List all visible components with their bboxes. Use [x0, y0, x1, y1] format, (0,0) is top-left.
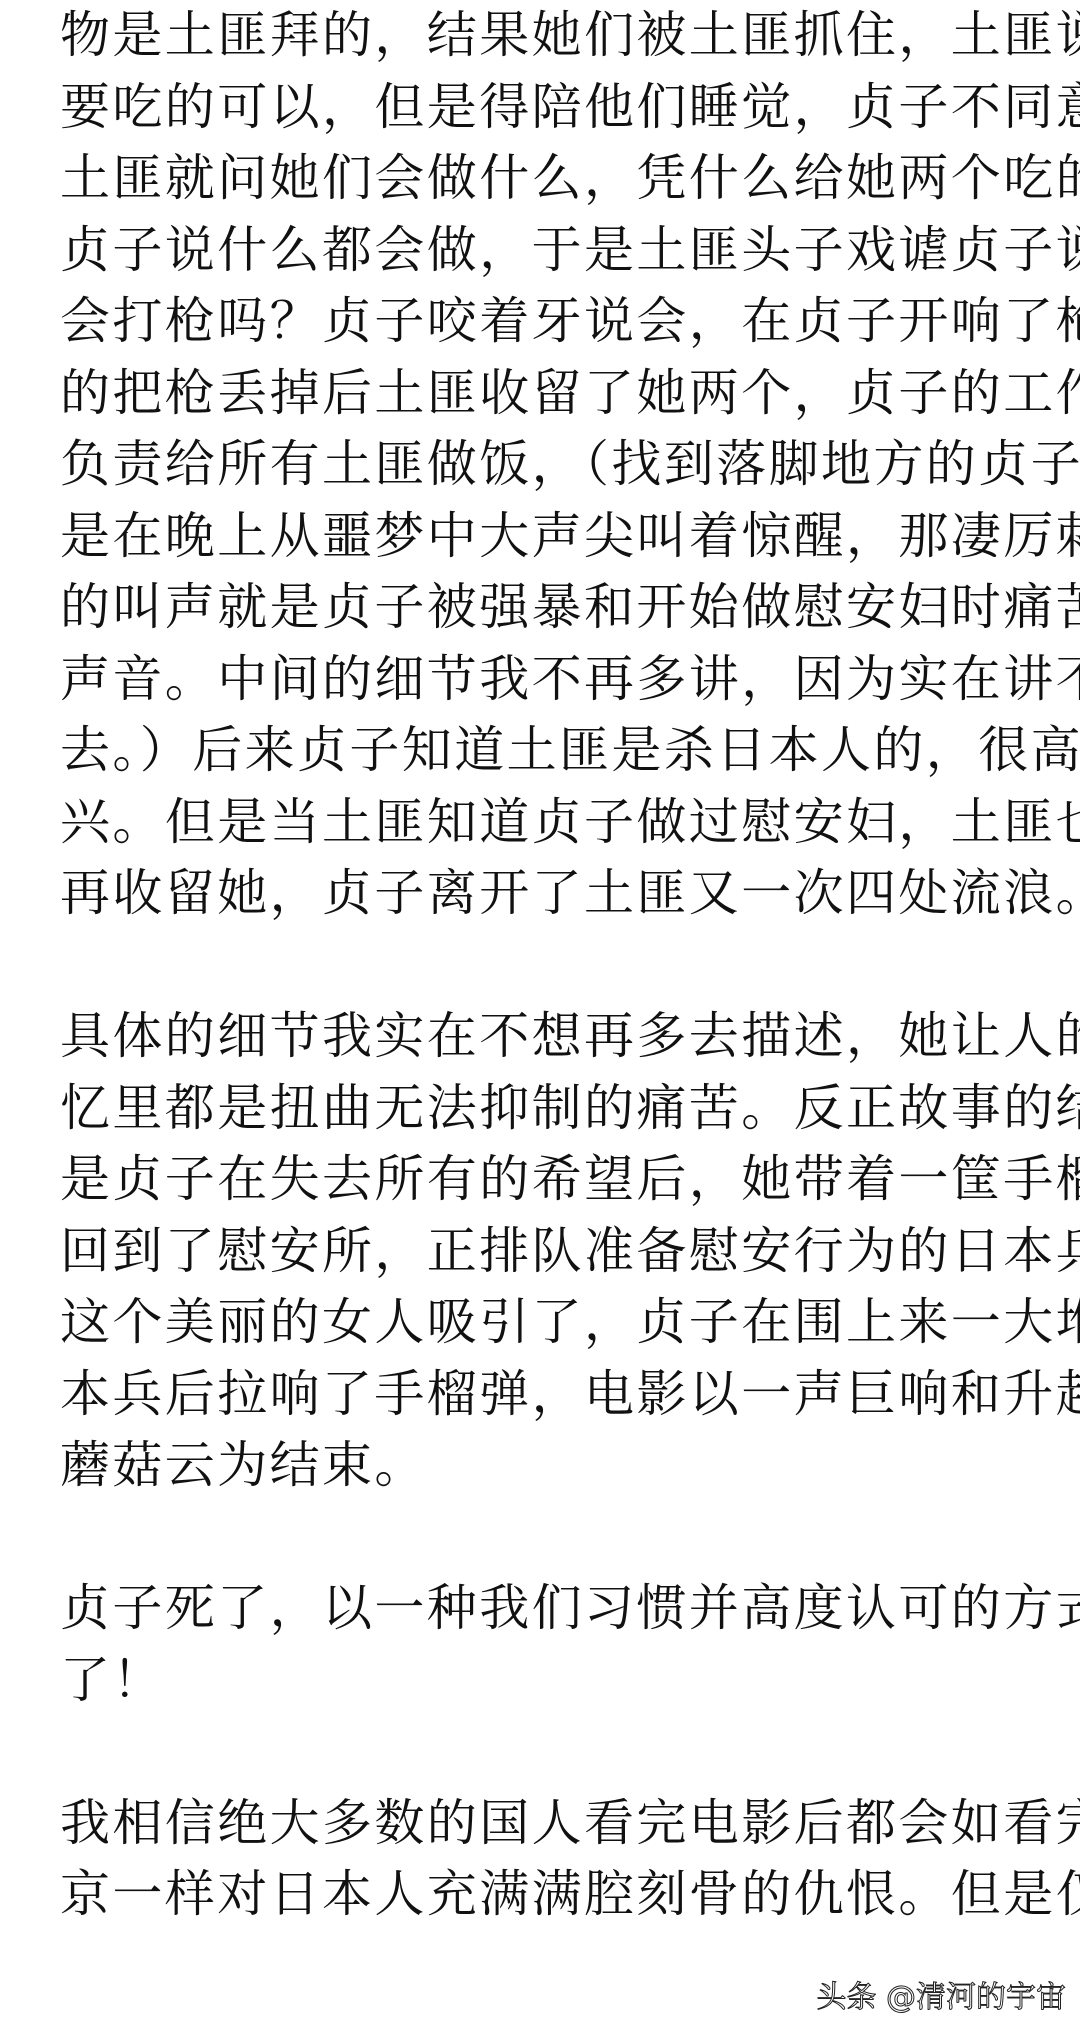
text-line: 的叫声就是贞子被强暴和开始做慰安妇时痛苦的 [60, 572, 1030, 644]
paragraph: 具体的细节我实在不想再多去描述，她让人的回 忆里都是扭曲无法抑制的痛苦。反正故事… [60, 1001, 1030, 1502]
text-line: 贞子死了，以一种我们习惯并高度认可的方式死 [60, 1573, 1030, 1645]
source-watermark: 头条 @清河的宇宙 [816, 1981, 1066, 2015]
text-line: 具体的细节我实在不想再多去描述，她让人的回 [60, 1001, 1030, 1073]
text-line: 会打枪吗？贞子咬着牙说会，在贞子开响了枪吓 [60, 286, 1030, 358]
text-line: 这个美丽的女人吸引了，贞子在围上来一大堆日 [60, 1287, 1030, 1359]
paragraph-spacer [60, 1502, 1030, 1574]
text-line: 物是土匪拜的，结果她们被土匪抓住，土匪说想 [60, 0, 1030, 72]
text-line: 了！ [60, 1645, 1030, 1717]
text-line: 京一样对日本人充满满腔刻骨的仇恨。但是仅仅 [60, 1859, 1030, 1931]
text-line: 回到了慰安所，正排队准备慰安行为的日本兵被 [60, 1216, 1030, 1288]
text-line: 是贞子在失去所有的希望后，她带着一筐手榴弹 [60, 1144, 1030, 1216]
paragraph: 我相信绝大多数的国人看完电影后都会如看完南 京一样对日本人充满满腔刻骨的仇恨。但… [60, 1788, 1030, 1931]
text-line: 负责给所有土匪做饭，（找到落脚地方的贞子总 [60, 429, 1030, 501]
article-body: 物是土匪拜的，结果她们被土匪抓住，土匪说想 要吃的可以，但是得陪他们睡觉，贞子不… [60, 0, 1030, 1931]
paragraph-spacer [60, 930, 1030, 1002]
text-line: 忆里都是扭曲无法抑制的痛苦。反正故事的结局 [60, 1073, 1030, 1145]
text-line: 贞子说什么都会做，于是土匪头子戏谑贞子说你 [60, 215, 1030, 287]
text-line: 要吃的可以，但是得陪他们睡觉，贞子不同意， [60, 72, 1030, 144]
paragraph-spacer [60, 1716, 1030, 1788]
text-line: 本兵后拉响了手榴弹，电影以一声巨响和升起的 [60, 1359, 1030, 1431]
text-line: 我相信绝大多数的国人看完电影后都会如看完南 [60, 1788, 1030, 1860]
text-line: 再收留她，贞子离开了土匪又一次四处流浪。 [60, 858, 1030, 930]
text-line: 兴。但是当土匪知道贞子做过慰安妇，土匪也不 [60, 787, 1030, 859]
text-line: 蘑菇云为结束。 [60, 1430, 1030, 1502]
text-line: 是在晚上从噩梦中大声尖叫着惊醒，那凄厉刺耳 [60, 501, 1030, 573]
text-line: 土匪就问她们会做什么，凭什么给她两个吃的， [60, 143, 1030, 215]
text-line: 声音。中间的细节我不再多讲，因为实在讲不下 [60, 644, 1030, 716]
text-line: 的把枪丢掉后土匪收留了她两个，贞子的工作是 [60, 358, 1030, 430]
text-line: 去。）后来贞子知道土匪是杀日本人的，很高 [60, 715, 1030, 787]
paragraph: 贞子死了，以一种我们习惯并高度认可的方式死 了！ [60, 1573, 1030, 1716]
paragraph: 物是土匪拜的，结果她们被土匪抓住，土匪说想 要吃的可以，但是得陪他们睡觉，贞子不… [60, 0, 1030, 930]
